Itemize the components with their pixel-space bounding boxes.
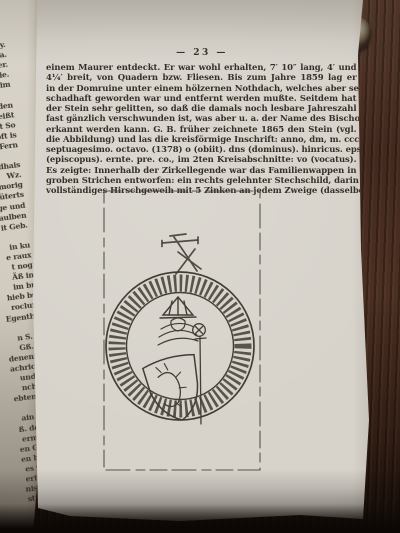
body-text-line: der Stein sehr gelitten, so daß die dama… — [46, 104, 356, 114]
bishop-bust — [158, 318, 198, 345]
book-photo: ey.lta.er.bie.beimindenheißtt Sooft isFe… — [0, 0, 400, 533]
body-text: einem Maurer entdeckt. Er war wohl erhal… — [46, 63, 358, 196]
body-text-line: groben Strichen entworfen: ein rechts ge… — [46, 176, 356, 186]
bishop-seal-drawing — [106, 272, 254, 426]
body-text-line: erkannt werden kann. G. B. früher zeichn… — [46, 125, 356, 135]
gravestone-illustration — [98, 188, 268, 478]
seal-inner-ring — [127, 293, 234, 400]
body-text-line: einem Maurer entdeckt. Er war wohl erhal… — [46, 63, 356, 73]
body-text-line: die Abbildung) und las die kreisförmige … — [46, 135, 356, 145]
house-mark-icon — [162, 234, 201, 274]
body-text-line: (episcopus). ernte. pre. co., im 2ten Kr… — [46, 155, 356, 165]
page-number: — 23 — — [46, 48, 358, 58]
body-text-line: Es zeigte: Innerhalb der Zirkellegende w… — [46, 166, 356, 176]
body-text-line: fast gänzlich verschwunden ist, was aber… — [46, 114, 356, 124]
body-text-line: schadhaft geworden war und entfernt werd… — [46, 94, 356, 104]
body-text-line: in der Domruine unter einem hölzernen No… — [46, 84, 356, 94]
mitre-icon — [160, 297, 196, 318]
body-text-line: septuagesimo. octavo. (1378) o (obiit). … — [46, 145, 356, 155]
right-page: — 23 — einem Maurer entdeckt. Er war woh… — [0, 0, 400, 533]
table-shadow — [0, 504, 400, 533]
body-text-line: 4¼′ breit, von Quadern bzw. Fliesen. Bis… — [46, 73, 356, 83]
